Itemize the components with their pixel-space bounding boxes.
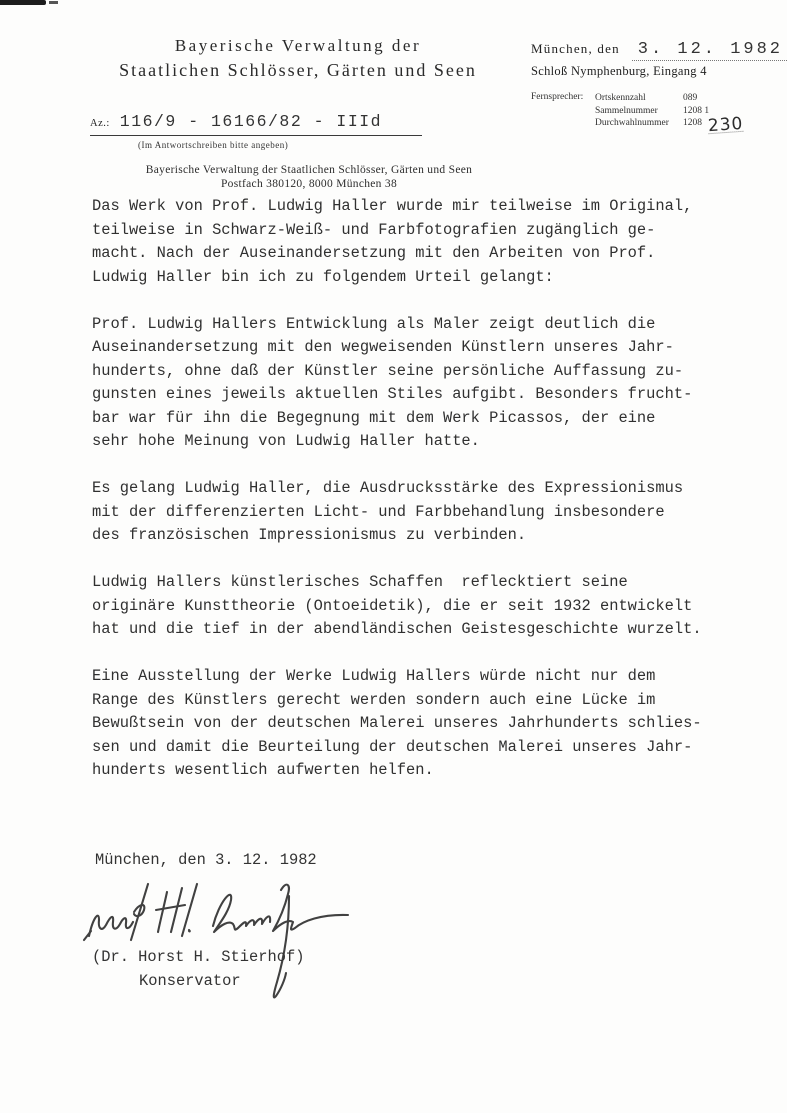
typed-date: 3. 12. 1982 — [632, 40, 787, 61]
paragraph: Das Werk von Prof. Ludwig Haller wurde m… — [92, 195, 737, 289]
phone-row: Durchwahlnummer 1208 230 — [595, 117, 743, 131]
paragraph: Eine Ausstellung der Werke Ludwig Haller… — [92, 665, 737, 783]
letterhead-line2: Staatlichen Schlösser, Gärten und Seen — [88, 60, 508, 81]
scan-artifact — [0, 0, 46, 5]
paragraph: Prof. Ludwig Hallers Entwicklung als Mal… — [92, 313, 737, 454]
reference-number: 116/9 - 16166/82 - IIId — [120, 112, 382, 131]
header-right-block: München, den 3. 12. 1982 Schloß Nymphenb… — [531, 40, 767, 131]
reference-label: Az.: — [90, 118, 110, 129]
sender-line1: Bayerische Verwaltung der Staatlichen Sc… — [88, 163, 530, 177]
phone-rows: Ortskennzahl 089 Sammelnummer 1208 1 Dur… — [595, 92, 743, 131]
sender-address: Bayerische Verwaltung der Staatlichen Sc… — [88, 163, 530, 191]
reference-note: (Im Antwortschreiben bitte angeben) — [138, 140, 288, 150]
phone-row: Ortskennzahl 089 — [595, 92, 743, 105]
letter-body: Das Werk von Prof. Ludwig Haller wurde m… — [92, 195, 737, 806]
sender-line2: Postfach 380120, 8000 München 38 — [88, 177, 530, 191]
phone-row-value: 1208 1 — [683, 105, 709, 118]
signature-name: (Dr. Horst H. Stierhof) — [92, 948, 304, 966]
phone-row-label: Ortskennzahl — [595, 92, 683, 105]
phone-block: Fernsprecher: Ortskennzahl 089 Sammelnum… — [531, 92, 767, 131]
closing-date: München, den 3. 12. 1982 — [95, 851, 317, 869]
phone-row-label: Sammelnummer — [595, 105, 683, 118]
letterhead: Bayerische Verwaltung der Staatlichen Sc… — [88, 36, 508, 81]
paragraph: Es gelang Ludwig Haller, die Ausdrucksst… — [92, 477, 737, 548]
phone-row-label: Durchwahlnummer — [595, 117, 683, 131]
place-date-line: München, den 3. 12. 1982 — [531, 40, 767, 61]
phone-row-value: 1208 — [683, 117, 702, 131]
handwritten-extension: 230 — [708, 118, 744, 134]
phone-label: Fernsprecher: — [531, 92, 595, 131]
scan-artifact — [49, 1, 58, 4]
address-line: Schloß Nymphenburg, Eingang 4 — [531, 64, 767, 79]
paragraph: Ludwig Hallers künstlerisches Schaffen r… — [92, 571, 737, 642]
signature-title: Konservator — [139, 972, 241, 990]
letterhead-line1: Bayerische Verwaltung der — [88, 36, 508, 56]
document-page: Bayerische Verwaltung der Staatlichen Sc… — [0, 0, 787, 1113]
reference-line: Az.:116/9 - 16166/82 - IIId — [90, 112, 422, 136]
phone-row-value: 089 — [683, 92, 697, 105]
place-label: München, den — [531, 41, 620, 57]
